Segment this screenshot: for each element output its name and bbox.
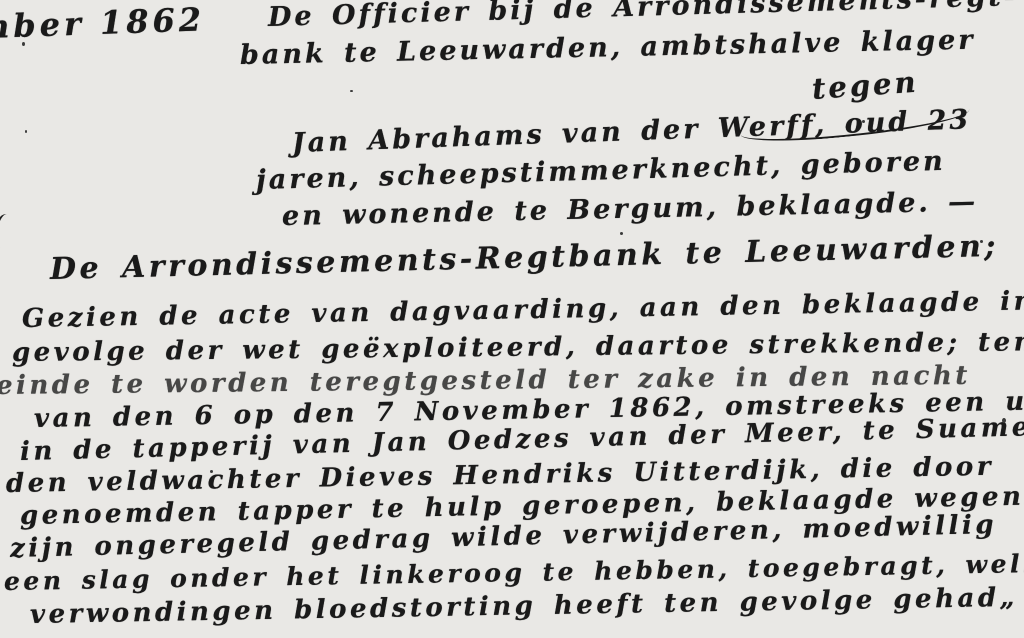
ink-speck [980,240,983,243]
ink-speck [862,120,865,123]
defendant-line-3: en wonende te Bergum, beklaagde. — [282,186,979,232]
ink-speck [350,90,353,92]
scanned-handwritten-document: nber 1862 De Officier bij de Arrondissem… [0,0,1024,638]
ink-speck [620,232,623,235]
ink-speck [210,470,213,473]
ink-speck [22,42,25,46]
body-line-court: De Arrondissements-Regtbank te Leeuwarde… [50,229,1000,287]
header-line-bank: bank te Leeuwarden, ambtshalve klager [240,25,976,71]
ink-speck [1002,418,1006,423]
header-word-tegen: tegen [811,65,920,106]
ink-speck [25,130,27,133]
margin-date: nber 1862 [0,0,206,46]
body-line-2: Gezien de acte van dagvaarding, aan den … [22,286,1024,334]
stray-pen-mark [0,212,17,250]
